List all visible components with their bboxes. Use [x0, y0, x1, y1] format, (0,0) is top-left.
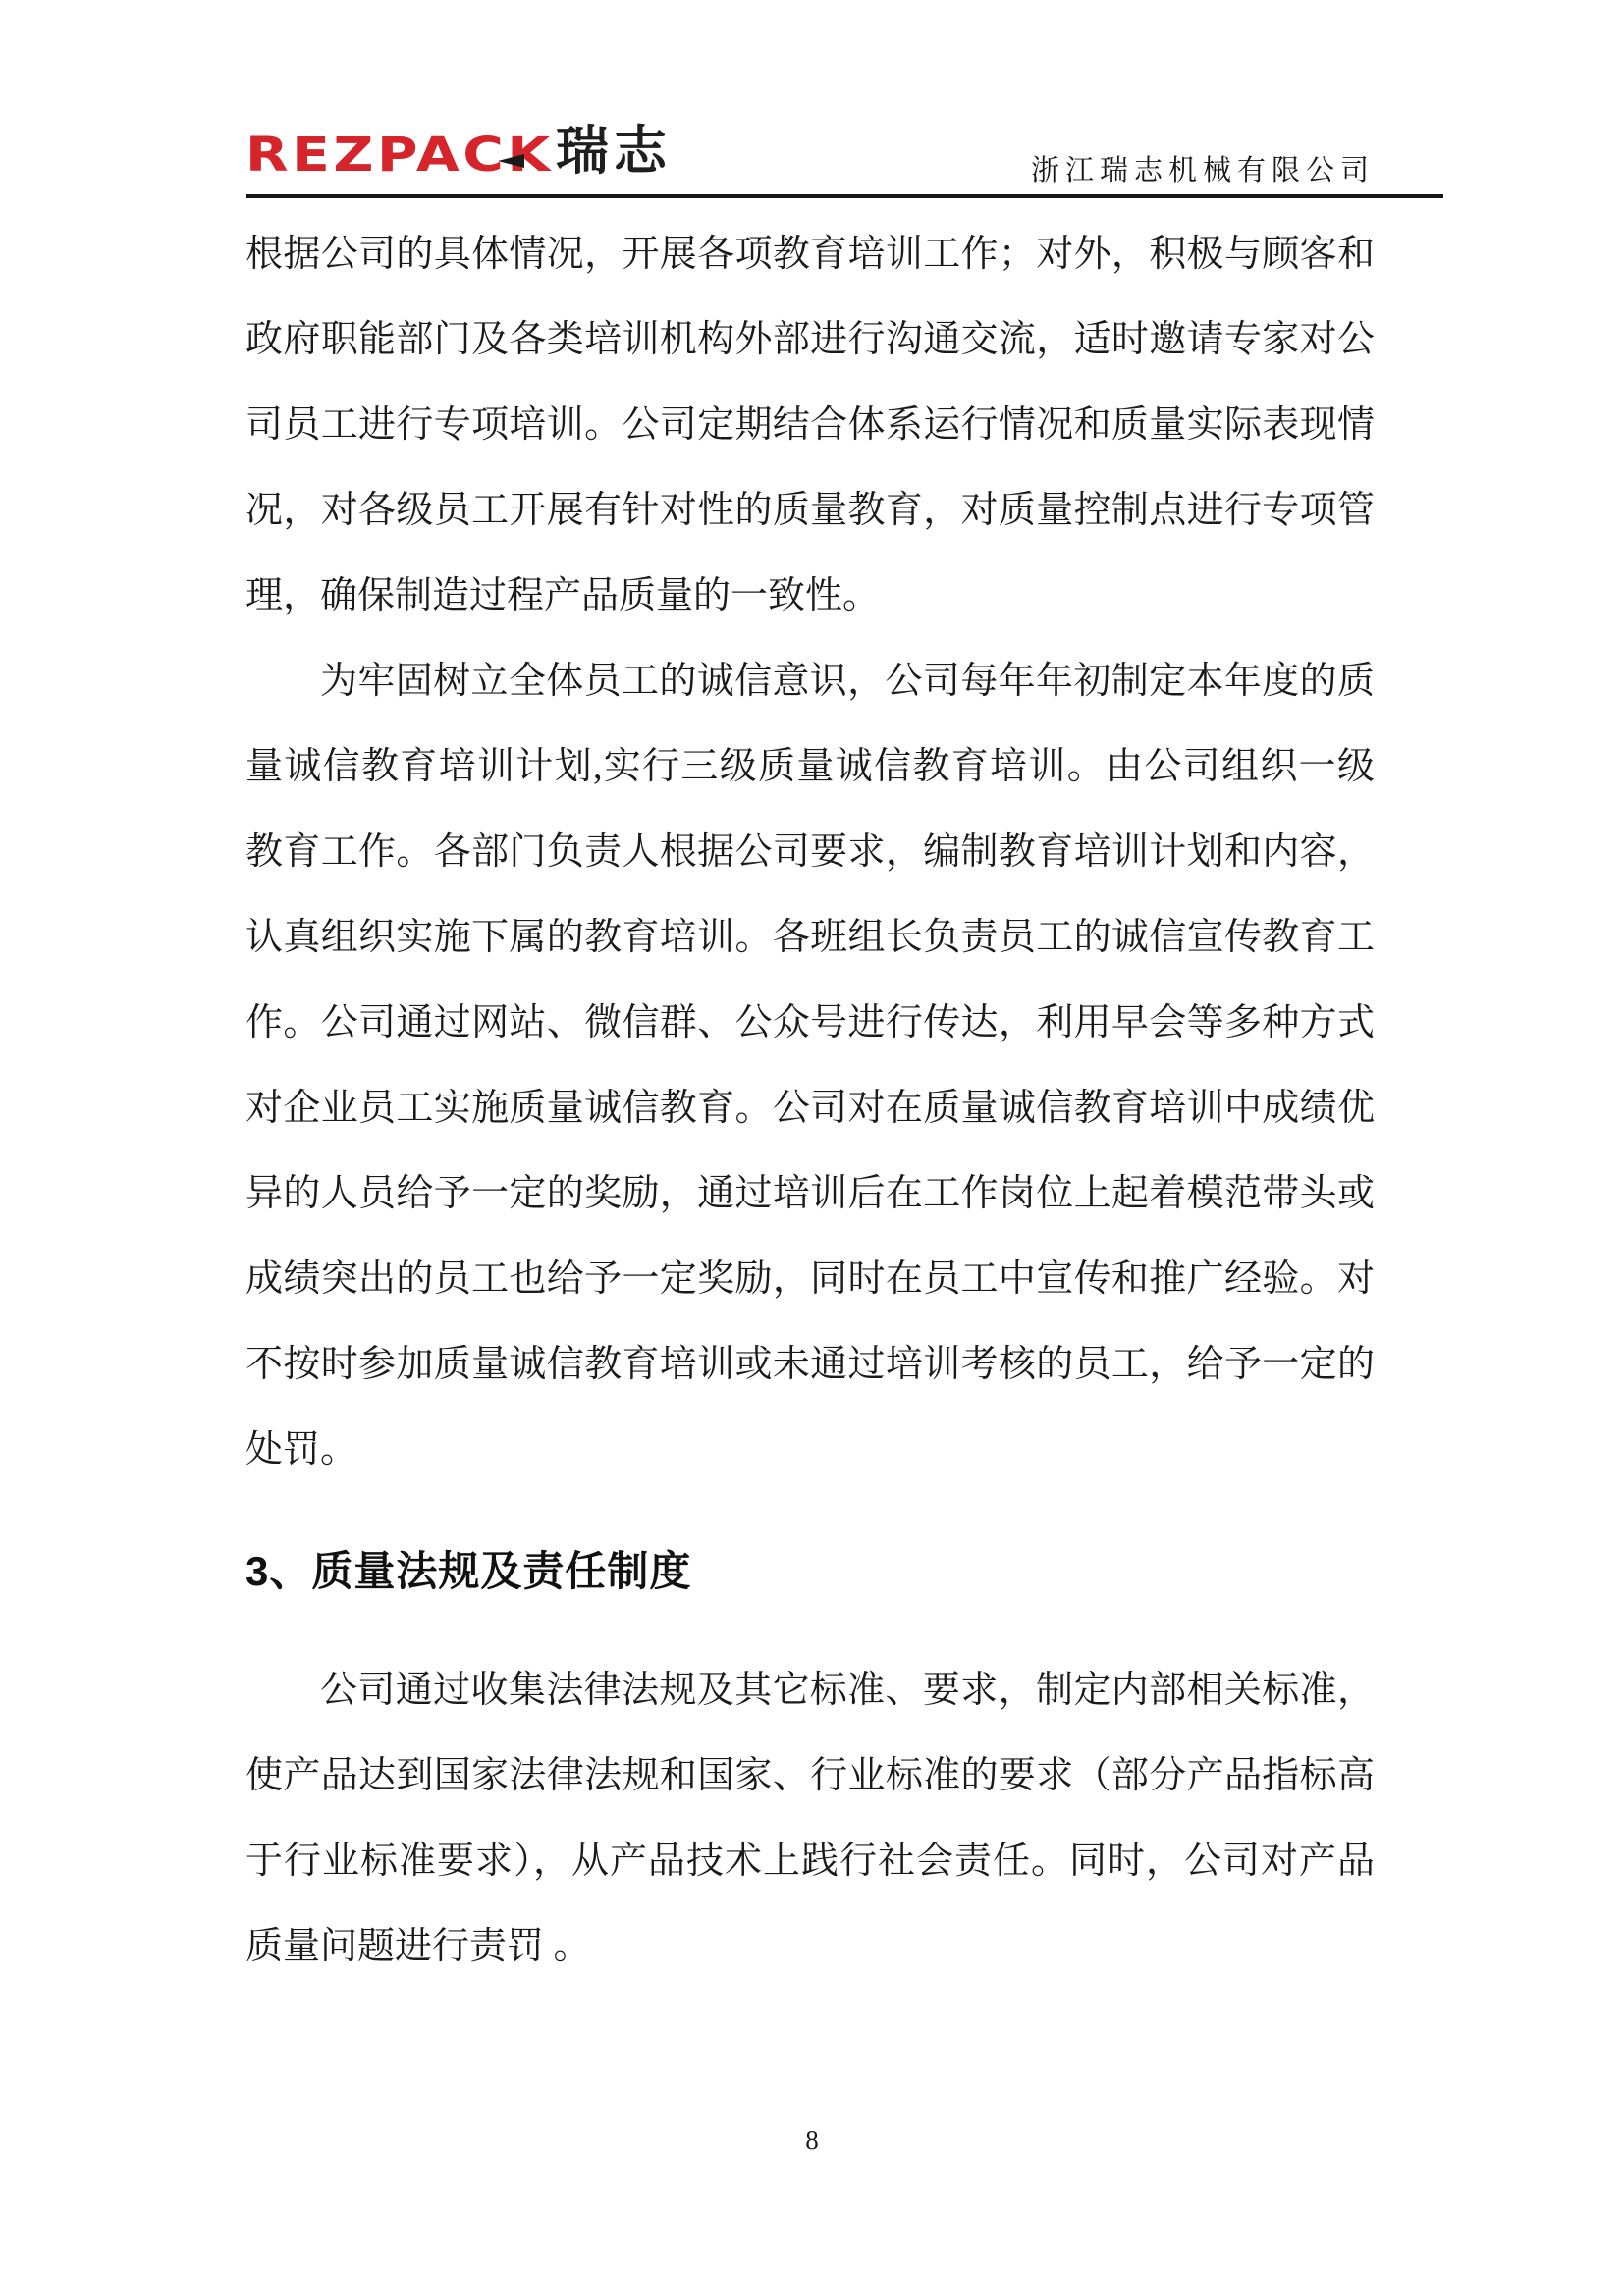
- text-line: 根据公司的具体情况，开展各项教育培训工作；对外，积极与顾客和: [245, 212, 1375, 297]
- text-line: 公司通过收集法律法规及其它标准、要求，制定内部相关标准，: [245, 1648, 1375, 1734]
- text-line: 对企业员工实施质量诚信教育。公司对在质量诚信教育培训中成绩优: [245, 1066, 1375, 1151]
- text-line: 政府职能部门及各类培训机构外部进行沟通交流，适时邀请专家对公: [245, 297, 1375, 383]
- text-line: 质量问题进行责罚 。: [245, 1904, 1375, 1990]
- text-line: 处罚。: [245, 1408, 1375, 1493]
- page-number: 8: [0, 2123, 1624, 2157]
- text-line: 认真组织实施下属的教育培训。各班组长负责员工的诚信宣传教育工: [245, 895, 1375, 981]
- paragraph: 为牢固树立全体员工的诚信意识，公司每年年初制定本年度的质量诚信教育培训计划,实行…: [245, 639, 1375, 1493]
- paragraph: 公司通过收集法律法规及其它标准、要求，制定内部相关标准，使产品达到国家法律法规和…: [245, 1648, 1375, 1990]
- text-line: 量诚信教育培训计划,实行三级质量诚信教育培训。由公司组织一级: [245, 724, 1375, 810]
- text-line: 作。公司通过网站、微信群、公众号进行传达，利用早会等多种方式: [245, 981, 1375, 1066]
- text-line: 成绩突出的员工也给予一定奖励，同时在员工中宣传和推广经验。对: [245, 1237, 1375, 1322]
- text-line: 教育工作。各部门负责人根据公司要求，编制教育培训计划和内容，: [245, 810, 1375, 895]
- text-line: 况，对各级员工开展有针对性的质量教育，对质量控制点进行专项管: [245, 468, 1375, 554]
- text-line: 理，确保制造过程产品质量的一致性。: [245, 554, 1375, 639]
- text-line: 为牢固树立全体员工的诚信意识，公司每年年初制定本年度的质: [245, 639, 1375, 724]
- header-divider: [246, 194, 1443, 198]
- text-line: 异的人员给予一定的奖励，通过培训后在工作岗位上起着模范带头或: [245, 1151, 1375, 1237]
- text-line: 于行业标准要求），从产品技术上践行社会责任。同时，公司对产品: [245, 1819, 1375, 1904]
- text-line: 不按时参加质量诚信教育培训或未通过培训考核的员工，给予一定的: [245, 1322, 1375, 1408]
- header-company-name: 浙江瑞志机械有限公司: [245, 153, 1375, 188]
- text-line: 使产品达到国家法律法规和国家、行业标准的要求（部分产品指标高: [245, 1734, 1375, 1819]
- document-page: REZPACK 瑞志 浙江瑞志机械有限公司 根据公司的具体情况，开展各项教育培训…: [0, 0, 1624, 2296]
- text-line: 司员工进行专项培训。公司定期结合体系运行情况和质量实际表现情: [245, 383, 1375, 468]
- paragraph: 根据公司的具体情况，开展各项教育培训工作；对外，积极与顾客和政府职能部门及各类培…: [245, 212, 1375, 639]
- document-body: 根据公司的具体情况，开展各项教育培训工作；对外，积极与顾客和政府职能部门及各类培…: [245, 212, 1375, 1990]
- section-heading: 3、质量法规及责任制度: [245, 1542, 1375, 1601]
